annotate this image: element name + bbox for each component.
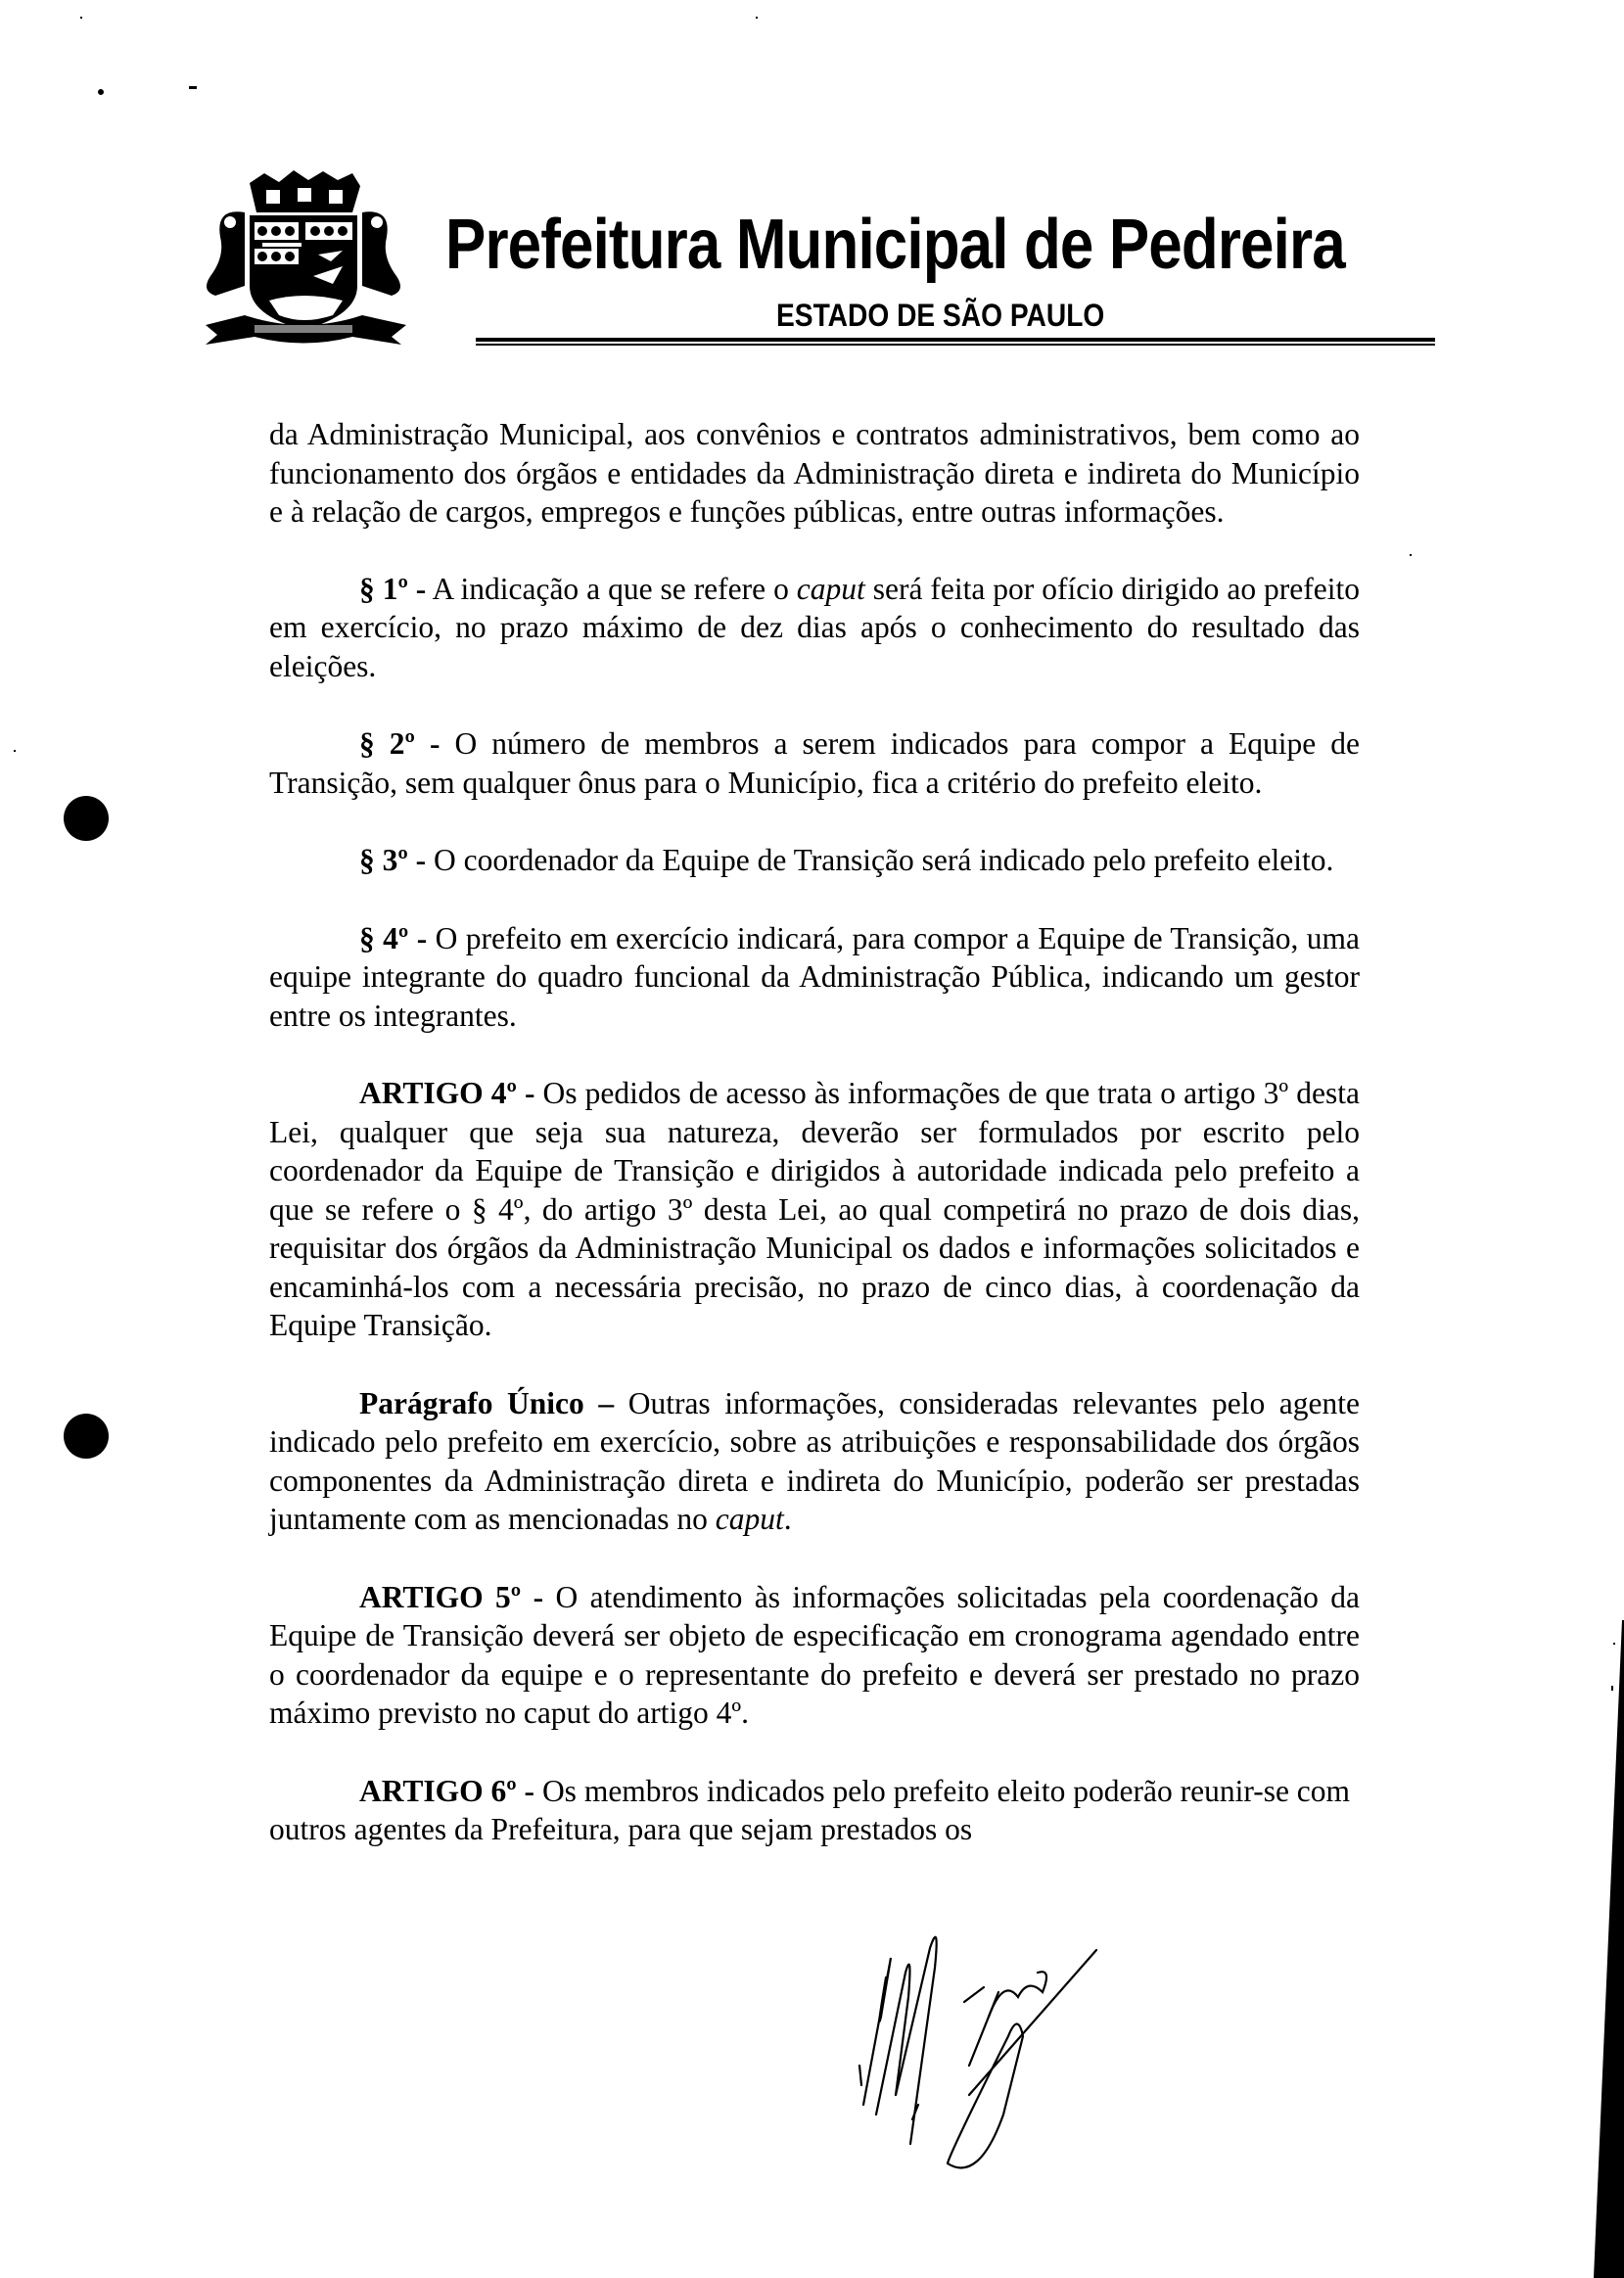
paragraph-article-4: ARTIGO 4º - Os pedidos de acesso às info… bbox=[269, 1074, 1360, 1345]
scan-speck bbox=[1613, 1643, 1615, 1645]
paragraph-section-3: § 3º - O coordenador da Equipe de Transi… bbox=[269, 841, 1360, 880]
page-title: Prefeitura Municipal de Pedreira bbox=[445, 209, 1345, 280]
paragraph-section-1: § 1º - A indicação a que se refere o cap… bbox=[269, 570, 1360, 686]
signatures bbox=[852, 1919, 1204, 2193]
caput-term: caput bbox=[797, 572, 865, 606]
paragraph-article-4-unico: Parágrafo Único – Outras informações, co… bbox=[269, 1384, 1360, 1539]
scan-speck bbox=[1410, 554, 1412, 556]
paragraph-section-4: § 4º - O prefeito em exercício indicará,… bbox=[269, 919, 1360, 1036]
paragraph-article-6: ARTIGO 6º - Os membros indicados pelo pr… bbox=[269, 1772, 1360, 1849]
paragraph-continuation: da Administração Municipal, aos convênio… bbox=[269, 415, 1360, 532]
paragraph-lead: Parágrafo Único – bbox=[359, 1386, 614, 1420]
signature-2-icon bbox=[948, 1950, 1096, 2167]
section-lead: § 3º - bbox=[359, 843, 426, 877]
scan-speck bbox=[97, 88, 105, 96]
section-lead: § 2º - bbox=[359, 726, 440, 761]
paragraph-section-2: § 2º - O número de membros a serem indic… bbox=[269, 724, 1360, 802]
article-lead: ARTIGO 5º - bbox=[359, 1580, 543, 1614]
scan-speck bbox=[80, 17, 82, 19]
punch-hole bbox=[64, 1414, 109, 1459]
document-body: da Administração Municipal, aos convênio… bbox=[269, 415, 1360, 1887]
caput-term: caput bbox=[716, 1502, 784, 1536]
paragraph-article-5: ARTIGO 5º - O atendimento às informações… bbox=[269, 1578, 1360, 1733]
page-subtitle: ESTADO DE SÃO PAULO bbox=[776, 300, 1104, 331]
scan-speck bbox=[14, 750, 16, 752]
signature-1-icon bbox=[859, 1937, 937, 2144]
punch-hole bbox=[64, 796, 109, 841]
section-lead: § 4º - bbox=[359, 921, 427, 955]
scan-speck bbox=[1611, 1686, 1613, 1691]
section-lead: § 1º - bbox=[359, 572, 426, 606]
article-lead: ARTIGO 6º - bbox=[359, 1774, 534, 1808]
coat-of-arms-icon bbox=[196, 168, 416, 349]
article-lead: ARTIGO 4º - bbox=[359, 1076, 534, 1110]
scan-speck bbox=[189, 86, 197, 89]
document-page: Prefeitura Municipal de Pedreira ESTADO … bbox=[0, 0, 1624, 2278]
scan-edge-shadow bbox=[1586, 1620, 1624, 2278]
scan-speck bbox=[756, 17, 758, 19]
header-rule bbox=[476, 338, 1435, 342]
header-rule bbox=[476, 344, 1435, 346]
